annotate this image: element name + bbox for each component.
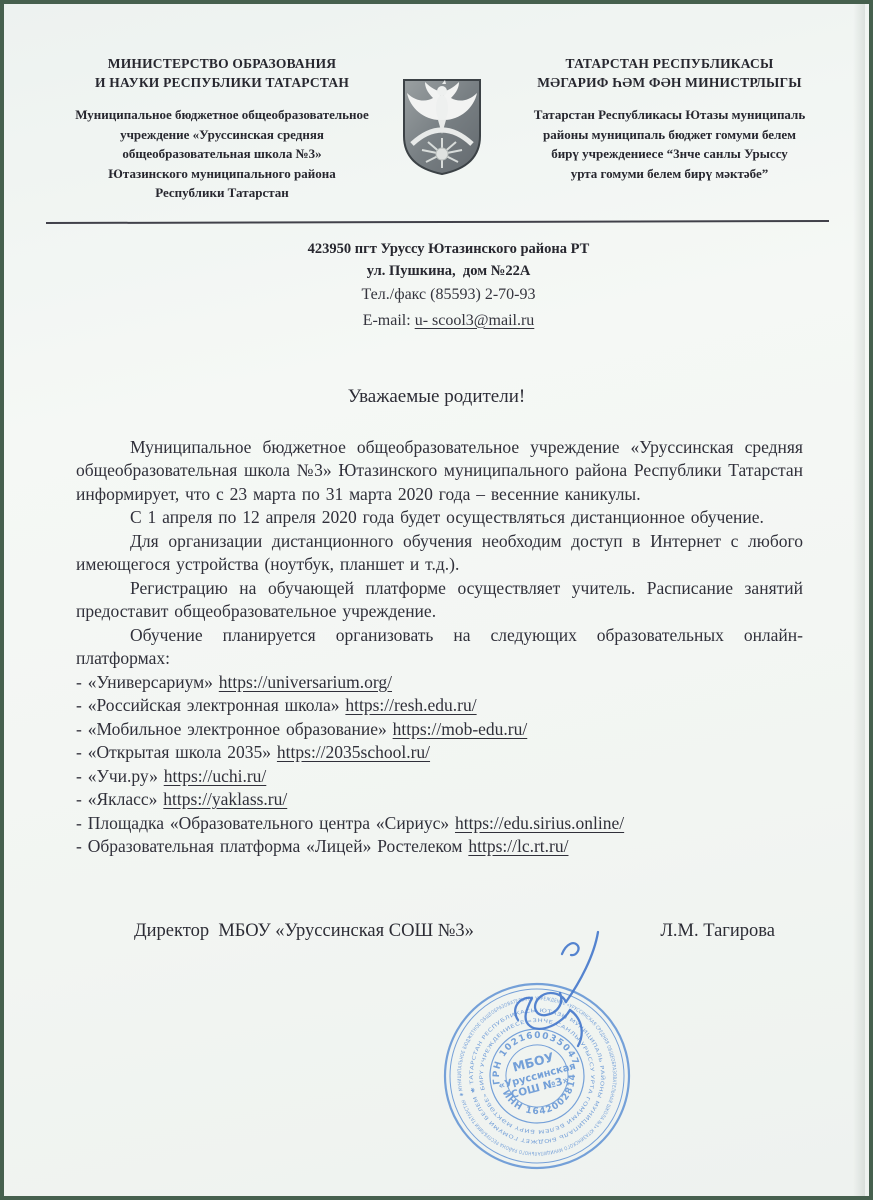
platform-label: - «Якласс» xyxy=(76,789,163,809)
platform-link[interactable]: https://lc.rt.ru/ xyxy=(468,836,568,856)
school-name-tt: Татарстан Республикасы Ютазы муниципаль … xyxy=(500,105,839,183)
paragraph: Муниципальное бюджетное общеобразователь… xyxy=(76,436,803,507)
platform-list: - «Универсариум» https://universarium.or… xyxy=(76,671,803,859)
platform-item: - «Российская электронная школа» https:/… xyxy=(76,694,803,718)
signer-name: Л.М. Тагирова xyxy=(660,921,775,942)
signature-row: Директор МБОУ «Уруссинская СОШ №3» Л.М. … xyxy=(4,921,869,942)
salutation: Уважаемые родители! xyxy=(4,386,869,408)
school-name-ru: Муниципальное бюджетное общеобразователь… xyxy=(52,105,392,203)
paragraph: Регистрацию на обучающей платформе осуще… xyxy=(76,577,803,624)
paragraph: Обучение планируется организовать на сле… xyxy=(76,624,803,671)
email-link[interactable]: u- scool3@mail.ru xyxy=(415,312,535,329)
platform-label: - «Открытая школа 2035» xyxy=(76,742,277,762)
letterhead-russian-column: МИНИСТЕРСТВО ОБРАЗОВАНИЯ И НАУКИ РЕСПУБЛ… xyxy=(52,54,392,203)
platform-link[interactable]: https://resh.edu.ru/ xyxy=(345,695,476,715)
platform-item: - «Якласс» https://yaklass.ru/ xyxy=(76,788,803,812)
postal-address: 423950 пгт Уруссу Ютазинского района РТ xyxy=(28,238,869,260)
platform-label: - Образовательная платформа «Лицей» Рост… xyxy=(76,836,468,856)
platform-item: - Площадка «Образовательного центра «Сир… xyxy=(76,812,803,836)
phone-fax: Тел./факс (85593) 2-70-93 xyxy=(28,282,869,308)
paragraph: С 1 апреля по 12 апреля 2020 года будет … xyxy=(76,506,803,530)
paragraph: Для организации дистанционного обучения … xyxy=(76,530,803,577)
ministry-name-ru: МИНИСТЕРСТВО ОБРАЗОВАНИЯ И НАУКИ РЕСПУБЛ… xyxy=(52,54,392,92)
platform-link[interactable]: https://mob-edu.ru/ xyxy=(393,719,528,739)
header-divider xyxy=(46,219,829,223)
platform-link[interactable]: https://edu.sirius.online/ xyxy=(455,813,624,833)
street-address: ул. Пушкина, дом №22А xyxy=(28,260,869,282)
platform-link[interactable]: https://uchi.ru/ xyxy=(164,766,267,786)
letterhead: МИНИСТЕРСТВО ОБРАЗОВАНИЯ И НАУКИ РЕСПУБЛ… xyxy=(4,4,869,203)
email-line: E-mail: u- scool3@mail.ru xyxy=(28,308,869,334)
coat-of-arms-icon xyxy=(400,78,484,203)
letterhead-tatar-column: ТАТАРСТАН РЕСПУБЛИКАСЫ МӘГАРИФ ҺӘМ ФӘН М… xyxy=(492,54,839,203)
platform-label: - «Российская электронная школа» xyxy=(76,695,345,715)
platform-label: - Площадка «Образовательного центра «Сир… xyxy=(76,813,455,833)
platform-item: - Образовательная платформа «Лицей» Рост… xyxy=(76,835,803,859)
platform-item: - «Открытая школа 2035» https://2035scho… xyxy=(76,741,803,765)
platform-label: - «Мобильное электронное образование» xyxy=(76,719,393,739)
ministry-name-tt: ТАТАРСТАН РЕСПУБЛИКАСЫ МӘГАРИФ ҺӘМ ФӘН М… xyxy=(500,54,839,92)
email-label: E-mail: xyxy=(363,312,415,329)
platform-label: - «Универсариум» xyxy=(76,672,219,692)
letter-body: Муниципальное бюджетное общеобразователь… xyxy=(4,436,869,859)
contact-block: 423950 пгт Уруссу Ютазинского района РТ … xyxy=(4,238,869,334)
signer-position: Директор МБОУ «Уруссинская СОШ №3» xyxy=(134,921,474,942)
platform-link[interactable]: https://2035school.ru/ xyxy=(277,742,430,762)
platform-link[interactable]: https://yaklass.ru/ xyxy=(163,789,287,809)
scanned-letter-page: МИНИСТЕРСТВО ОБРАЗОВАНИЯ И НАУКИ РЕСПУБЛ… xyxy=(0,0,873,1200)
platform-link[interactable]: https://universarium.org/ xyxy=(219,672,392,692)
platform-item: - «Учи.ру» https://uchi.ru/ xyxy=(76,765,803,789)
platform-item: - «Мобильное электронное образование» ht… xyxy=(76,718,803,742)
director-signature xyxy=(474,924,634,1059)
platform-label: - «Учи.ру» xyxy=(76,766,164,786)
platform-item: - «Универсариум» https://universarium.or… xyxy=(76,671,803,695)
